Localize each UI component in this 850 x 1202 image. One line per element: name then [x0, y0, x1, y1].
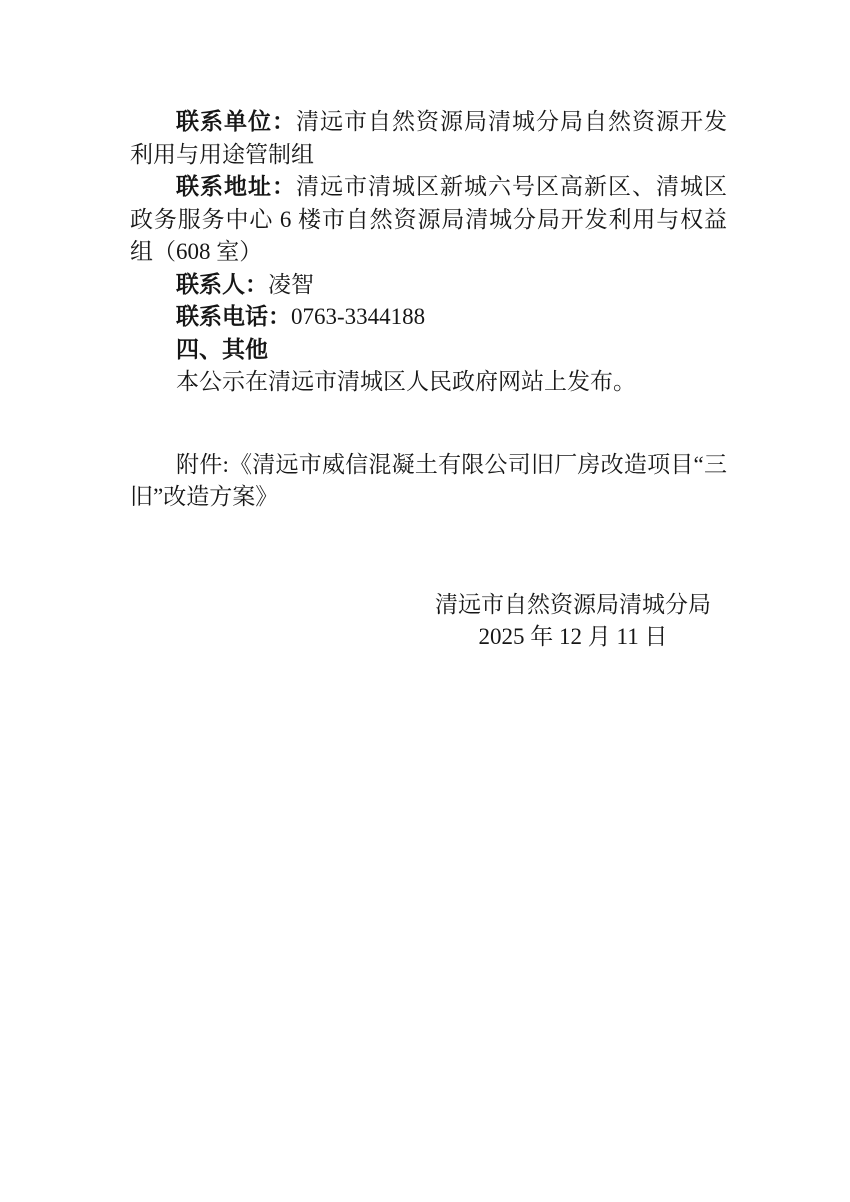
attachment-paragraph: 附件:《清远市威信混凝土有限公司旧厂房改造项目“三旧”改造方案》 [130, 449, 727, 514]
section-four-heading: 四、其他 [130, 334, 727, 367]
contact-phone-value: 0763-3344188 [291, 304, 425, 329]
contact-unit-paragraph: 联系单位：清远市自然资源局清城分局自然资源开发利用与用途管制组 [130, 106, 727, 171]
signature-date: 2025 年 12 月 11 日 [435, 621, 711, 654]
publish-note-text: 本公示在清远市清城区人民政府网站上发布。 [176, 369, 636, 394]
signature-block: 清远市自然资源局清城分局 2025 年 12 月 11 日 [435, 589, 711, 654]
contact-phone-paragraph: 联系电话：0763-3344188 [130, 301, 727, 334]
contact-person-paragraph: 联系人：凌智 [130, 269, 727, 302]
section-four-label: 四、其他 [176, 337, 268, 362]
publish-note-paragraph: 本公示在清远市清城区人民政府网站上发布。 [130, 366, 727, 399]
signature-organization: 清远市自然资源局清城分局 [435, 589, 711, 622]
document-page: 联系单位：清远市自然资源局清城分局自然资源开发利用与用途管制组 联系地址：清远市… [0, 0, 850, 1202]
contact-unit-label: 联系单位： [176, 109, 296, 134]
contact-phone-label: 联系电话： [176, 304, 291, 329]
contact-person-label: 联系人： [176, 272, 268, 297]
document-body: 联系单位：清远市自然资源局清城分局自然资源开发利用与用途管制组 联系地址：清远市… [130, 0, 727, 654]
contact-person-value: 凌智 [268, 272, 314, 297]
contact-address-label: 联系地址： [176, 174, 296, 199]
contact-address-paragraph: 联系地址：清远市清城区新城六号区高新区、清城区政务服务中心 6 楼市自然资源局清… [130, 171, 727, 269]
